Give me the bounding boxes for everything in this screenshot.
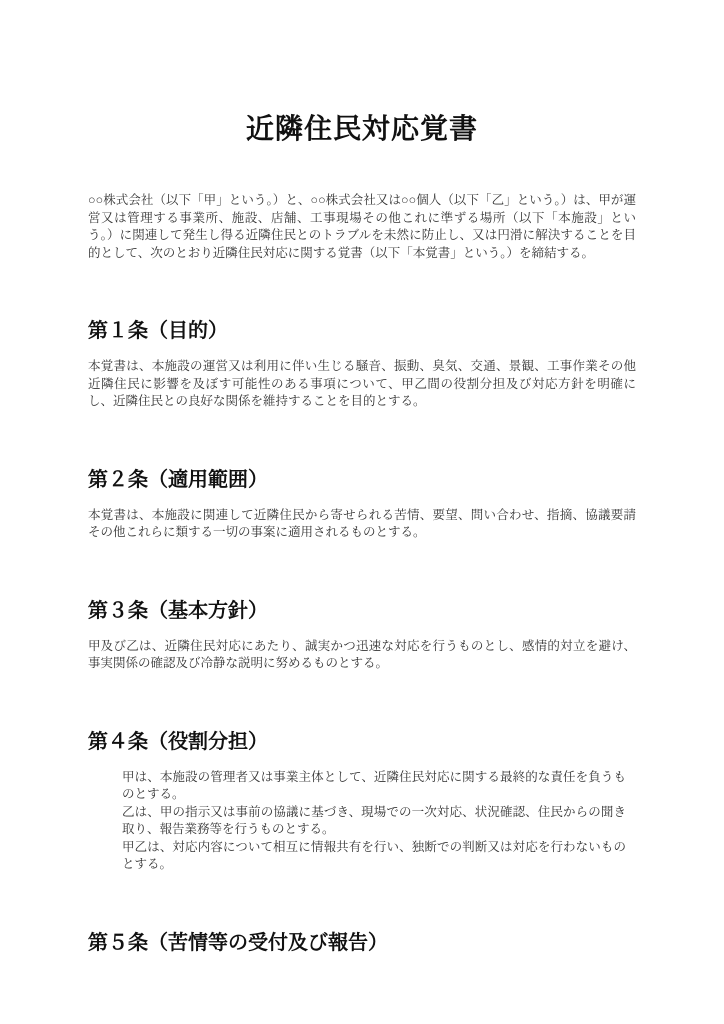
article-5-heading: 第５条（苦情等の受付及び報告）	[88, 930, 636, 956]
article-4-paragraph-2: 乙は、甲の指示又は事前の協議に基づき、現場での一次対応、状況確認、住民からの聞き…	[122, 804, 626, 839]
document-intro-paragraph: ○○株式会社（以下「甲」という。）と、○○株式会社又は○○個人（以下「乙」という…	[88, 192, 636, 262]
article-2-paragraph: 本覚書は、本施設に関連して近隣住民から寄せられる苦情、要望、問い合わせ、指摘、協…	[88, 507, 636, 542]
article-1-heading: 第１条（目的）	[88, 318, 636, 344]
article-1-body: 本覚書は、本施設の運営又は利用に伴い生じる騒音、振動、臭気、交通、景観、工事作業…	[88, 358, 636, 411]
article-5: 第５条（苦情等の受付及び報告）	[88, 930, 636, 956]
article-4-paragraph-1: 甲は、本施設の管理者又は事業主体として、近隣住民対応に関する最終的な責任を負うも…	[122, 769, 626, 804]
article-4-paragraph-3: 甲乙は、対応内容について相互に情報共有を行い、独断での判断又は対応を行わないもの…	[122, 839, 626, 874]
article-1-paragraph: 本覚書は、本施設の運営又は利用に伴い生じる騒音、振動、臭気、交通、景観、工事作業…	[88, 358, 636, 411]
article-4-body: 甲は、本施設の管理者又は事業主体として、近隣住民対応に関する最終的な責任を負うも…	[122, 769, 626, 874]
document-page: 近隣住民対応覚書 ○○株式会社（以下「甲」という。）と、○○株式会社又は○○個人…	[0, 0, 724, 1024]
article-3-body: 甲及び乙は、近隣住民対応にあたり、誠実かつ迅速な対応を行うものとし、感情的対立を…	[88, 638, 636, 673]
article-4: 第４条（役割分担） 甲は、本施設の管理者又は事業主体として、近隣住民対応に関する…	[88, 729, 636, 874]
article-3: 第３条（基本方針） 甲及び乙は、近隣住民対応にあたり、誠実かつ迅速な対応を行うも…	[88, 598, 636, 673]
article-1: 第１条（目的） 本覚書は、本施設の運営又は利用に伴い生じる騒音、振動、臭気、交通…	[88, 318, 636, 411]
article-2-body: 本覚書は、本施設に関連して近隣住民から寄せられる苦情、要望、問い合わせ、指摘、協…	[88, 507, 636, 542]
article-3-paragraph: 甲及び乙は、近隣住民対応にあたり、誠実かつ迅速な対応を行うものとし、感情的対立を…	[88, 638, 636, 673]
article-3-heading: 第３条（基本方針）	[88, 598, 636, 624]
article-2: 第２条（適用範囲） 本覚書は、本施設に関連して近隣住民から寄せられる苦情、要望、…	[88, 467, 636, 542]
article-4-heading: 第４条（役割分担）	[88, 729, 636, 755]
document-title: 近隣住民対応覚書	[88, 112, 636, 146]
article-2-heading: 第２条（適用範囲）	[88, 467, 636, 493]
